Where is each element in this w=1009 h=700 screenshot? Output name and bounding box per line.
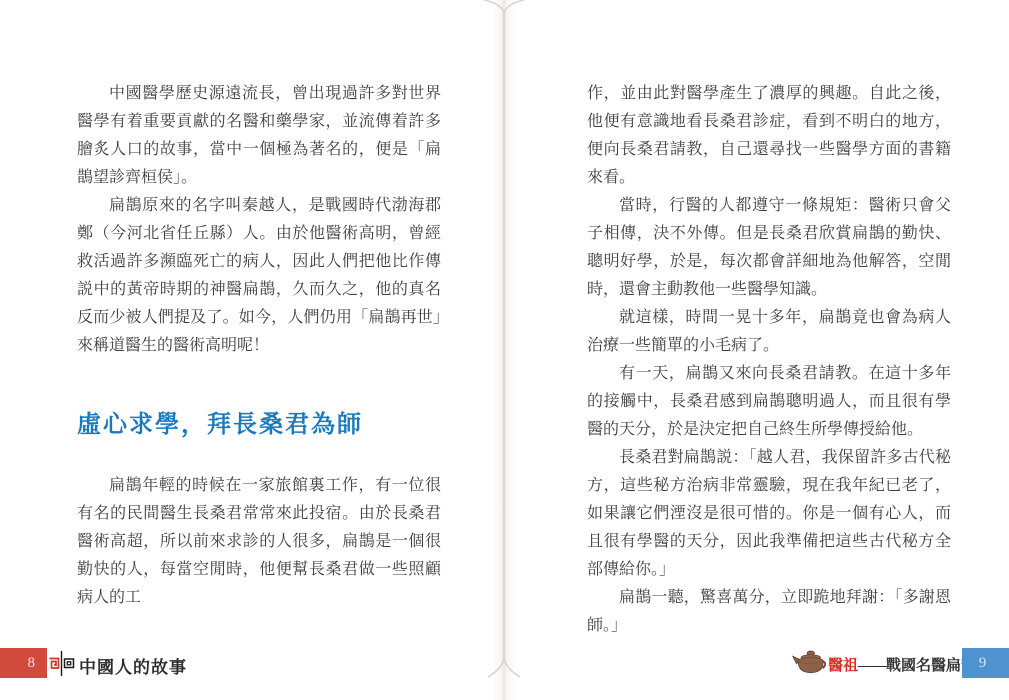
right-page-text-column: 作，並由此對醫學產生了濃厚的興趣。自此之後，他便有意識地看長桑君診症，看到不明白… [587, 80, 951, 640]
teapot-icon [792, 649, 828, 677]
chapter-label-prefix: 醫祖 [828, 658, 858, 674]
book-gutter-crease [474, 0, 534, 700]
book-gutter-shading [492, 0, 516, 700]
paragraph: 扁鵲年輕的時候在一家旅館裏工作，有一位很有名的民間醫生長桑君常常來此投宿。由於長… [77, 472, 441, 612]
paragraph: 扁鵲原來的名字叫秦越人，是戰國時代渤海郡鄭（今河北省任丘縣）人。由於他醫術高明，… [77, 192, 441, 360]
paragraph: 當時，行醫的人都遵守一條規矩：醫術只會父子相傳，決不外傳。但是長桑君欣賞扁鵲的勤… [587, 192, 951, 304]
paragraph: 扁鵲一聽，驚喜萬分，立即跪地拜謝：「多謝恩師。」 [587, 584, 951, 640]
publisher-logo-icon [48, 651, 75, 676]
section-heading: 虛心求學，拜長桑君為師 [77, 408, 441, 442]
series-title: 中國人的故事 [79, 653, 187, 678]
chapter-label-dash: —— [858, 658, 886, 674]
chapter-label: 醫祖——戰國名醫扁鵲 [828, 654, 976, 675]
paragraph: 就這樣，時間一晃十多年，扁鵲竟也會為病人治療一些簡單的小毛病了。 [587, 304, 951, 360]
paragraph: 作，並由此對醫學產生了濃厚的興趣。自此之後，他便有意識地看長桑君診症，看到不明白… [587, 80, 951, 192]
paragraph: 有一天，扁鵲又來向長桑君請教。在這十多年的接觸中，長桑君感到扁鵲聰明過人，而且很… [587, 360, 951, 444]
paragraph: 長桑君對扁鵲説：「越人君，我保留許多古代秘方，這些秘方治病非常靈驗，現在我年紀已… [587, 444, 951, 584]
left-page-text-column: 中國醫學歷史源遠流長，曾出現過許多對世界醫學有着重要貢獻的名醫和藥學家，並流傳着… [77, 80, 441, 612]
book-spread: 中國醫學歷史源遠流長，曾出現過許多對世界醫學有着重要貢獻的名醫和藥學家，並流傳着… [0, 0, 1009, 700]
paragraph: 中國醫學歷史源遠流長，曾出現過許多對世界醫學有着重要貢獻的名醫和藥學家，並流傳着… [77, 80, 441, 192]
left-page-number: 8 [0, 648, 47, 678]
right-page-number: 9 [962, 648, 1009, 678]
